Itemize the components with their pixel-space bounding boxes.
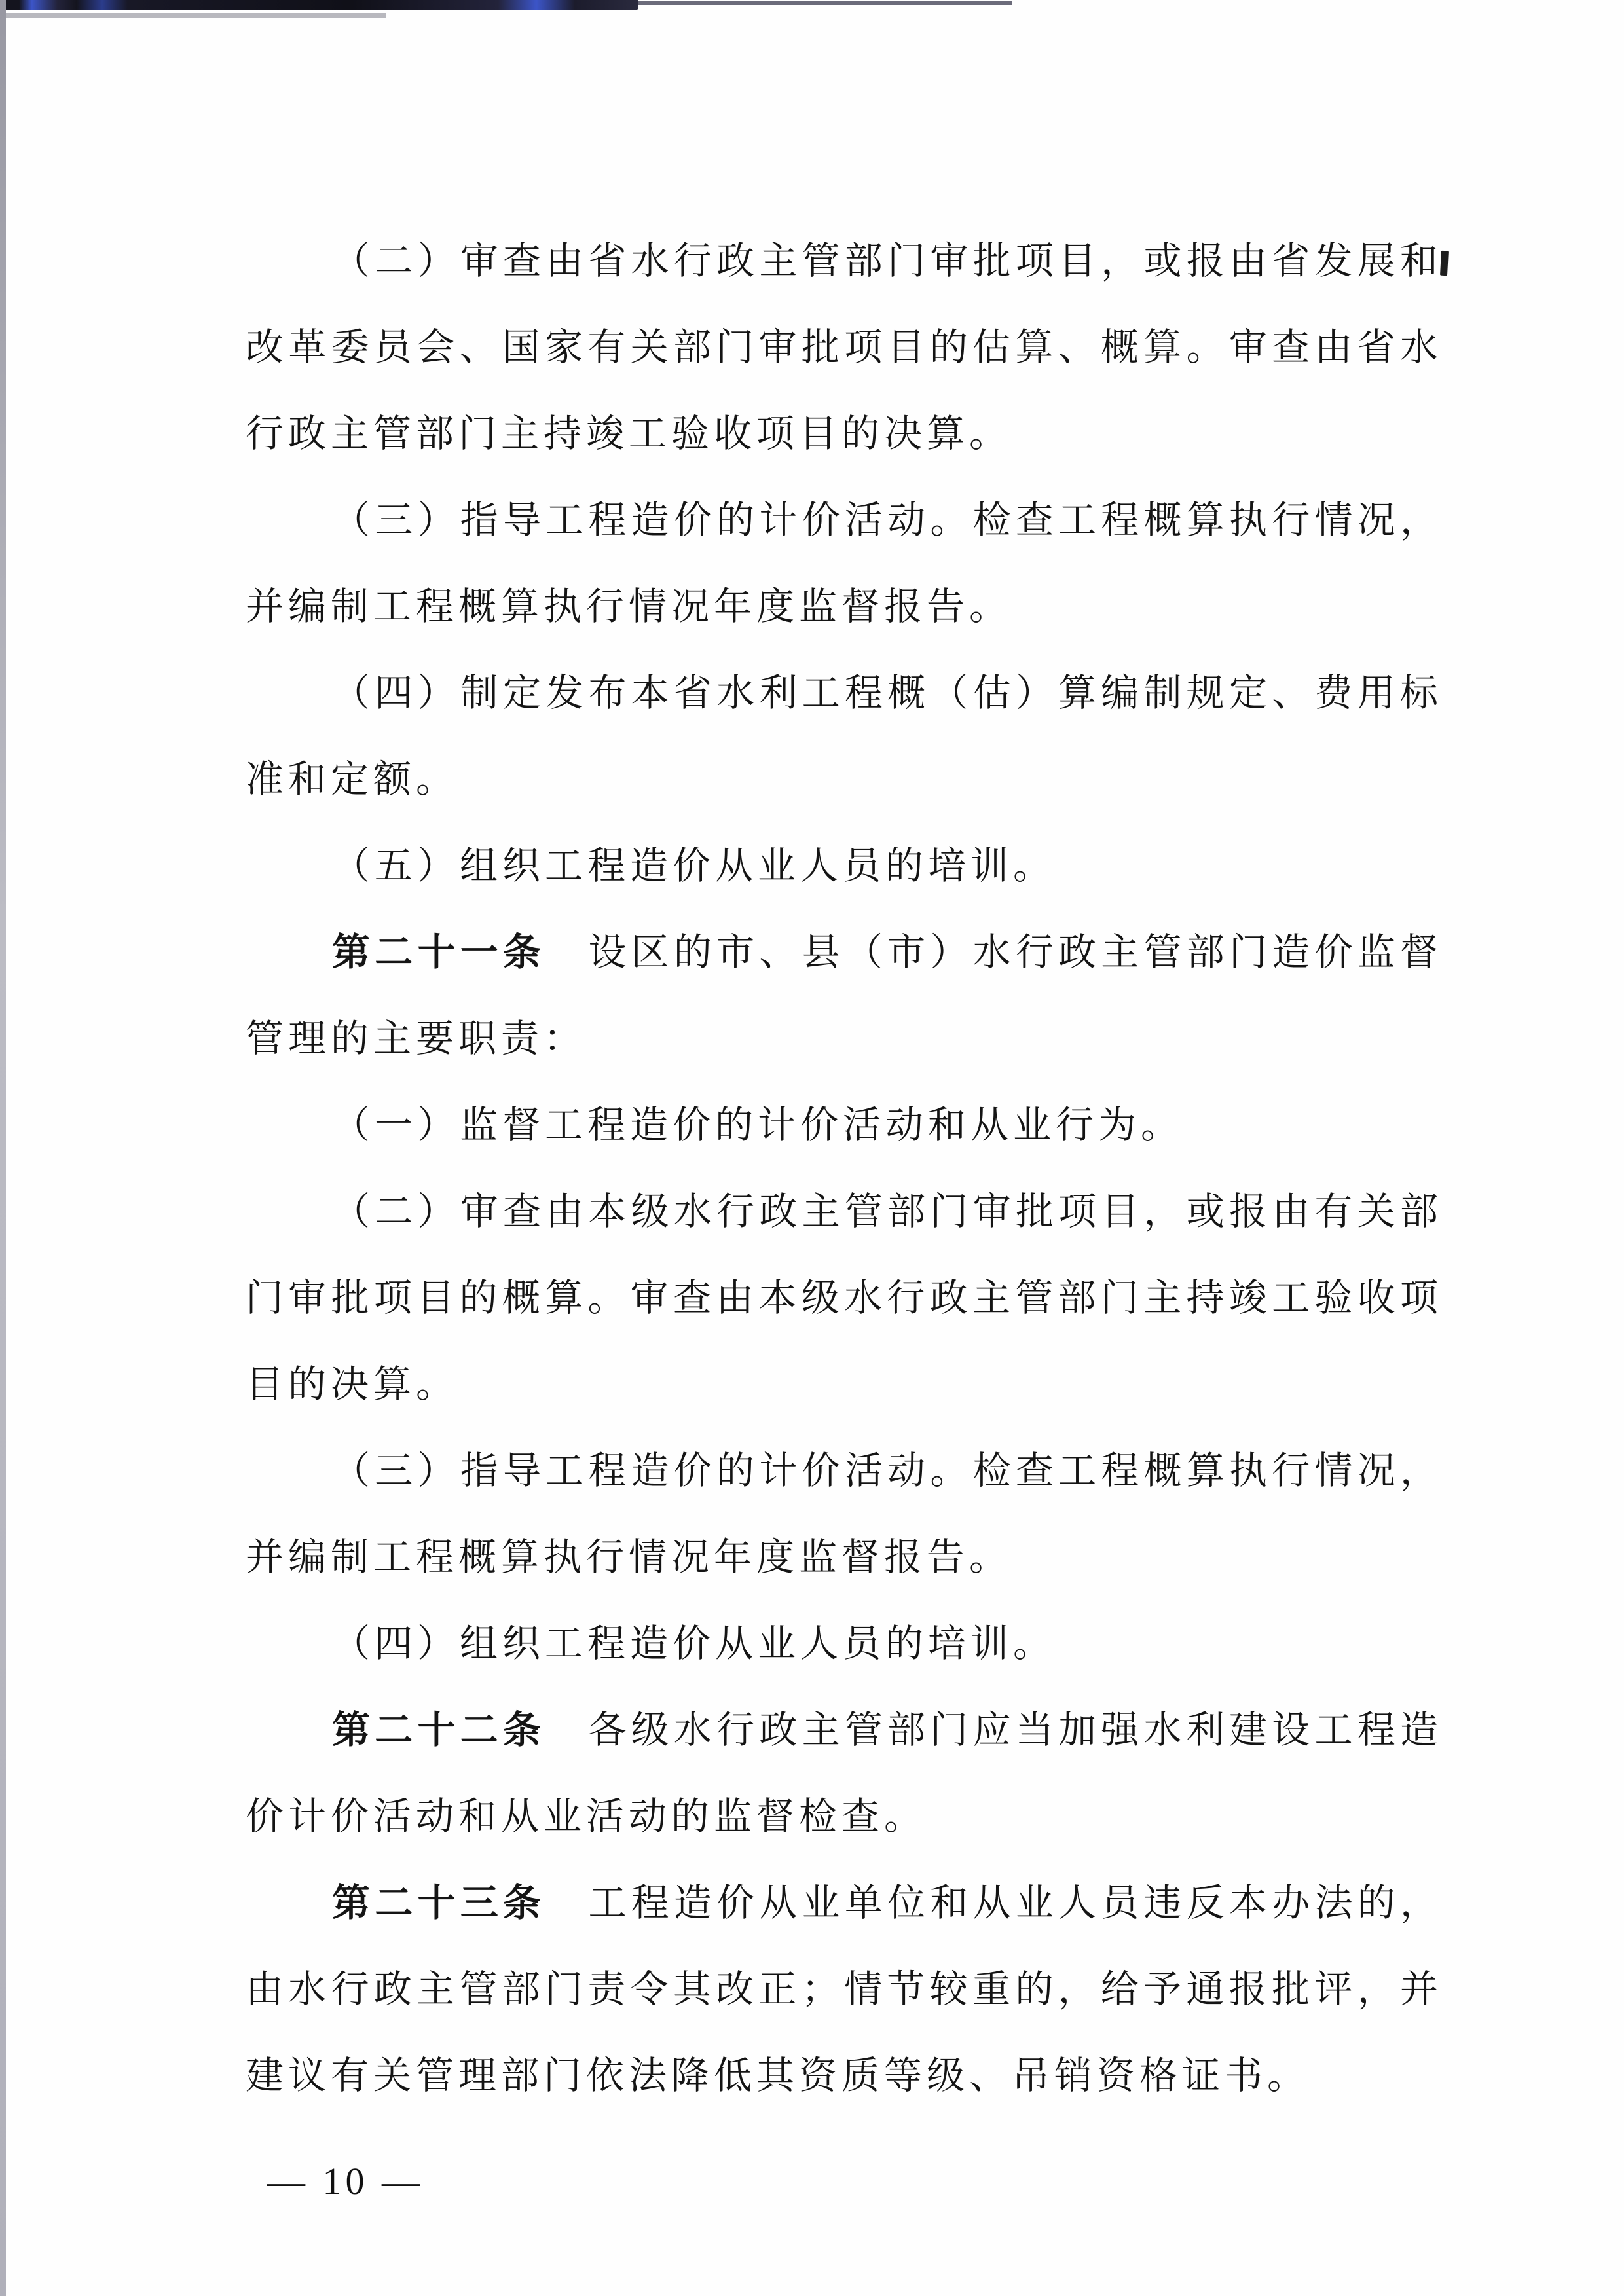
paragraph-text: （四）制定发布本省水利工程概（估）算编制规定、费用标准和定额。 [246, 672, 1443, 801]
scan-artifact-left-edge [0, 0, 6, 2296]
document-body: （二）审查由省水行政主管部门审批项目，或报由省发展和改革委员会、国家有关部门审批… [246, 218, 1443, 2119]
paragraph: （三）指导工程造价的计价活动。检查工程概算执行情况，并编制工程概算执行情况年度监… [246, 477, 1443, 650]
paragraph: 第二十一条 设区的市、县（市）水行政主管部门造价监督管理的主要职责： [246, 909, 1443, 1082]
paragraph: （三）指导工程造价的计价活动。检查工程概算执行情况，并编制工程概算执行情况年度监… [246, 1428, 1443, 1601]
scan-artifact-top-edge-tail [638, 1, 1012, 5]
paragraph: 第二十二条 各级水行政主管部门应当加强水利建设工程造价计价活动和从业活动的监督检… [246, 1687, 1443, 1860]
scan-artifact-top-edge [0, 0, 638, 10]
paragraph-text: （二）审查由省水行政主管部门审批项目，或报由省发展和改革委员会、国家有关部门审批… [246, 240, 1443, 455]
paragraph-text: （四）组织工程造价从业人员的培训。 [332, 1622, 1056, 1665]
paragraph-text: （三）指导工程造价的计价活动。检查工程概算执行情况，并编制工程概算执行情况年度监… [246, 499, 1443, 628]
article-number: 第二十二条 [332, 1709, 545, 1751]
paragraph: （二）审查由省水行政主管部门审批项目，或报由省发展和改革委员会、国家有关部门审批… [246, 218, 1443, 477]
page-number-label: — 10 — [267, 2160, 424, 2202]
article-number: 第二十一条 [332, 931, 545, 974]
paragraph: （二）审查由本级水行政主管部门审批项目，或报由有关部门审批项目的概算。审查由本级… [246, 1169, 1443, 1428]
paragraph-text: （二）审查由本级水行政主管部门审批项目，或报由有关部门审批项目的概算。审查由本级… [246, 1190, 1443, 1406]
article-number: 第二十三条 [332, 1882, 545, 1924]
paragraph-text: （三）指导工程造价的计价活动。检查工程概算执行情况，并编制工程概算执行情况年度监… [246, 1449, 1443, 1578]
page-number: — 10 — [267, 2155, 424, 2208]
paragraph-text: （五）组织工程造价从业人员的培训。 [332, 845, 1056, 887]
paragraph: 第二十三条 工程造价从业单位和从业人员违反本办法的，由水行政主管部门责令其改正；… [246, 1860, 1443, 2119]
paragraph: （一）监督工程造价的计价活动和从业行为。 [246, 1082, 1443, 1169]
paragraph: （五）组织工程造价从业人员的培训。 [246, 823, 1443, 909]
paragraph-text: （一）监督工程造价的计价活动和从业行为。 [332, 1104, 1183, 1146]
paragraph: （四）组织工程造价从业人员的培训。 [246, 1601, 1443, 1687]
scanned-page: （二）审查由省水行政主管部门审批项目，或报由省发展和改革委员会、国家有关部门审批… [0, 0, 1624, 2296]
scan-artifact-top-smudge [0, 13, 386, 18]
paragraph: （四）制定发布本省水利工程概（估）算编制规定、费用标准和定额。 [246, 650, 1443, 823]
